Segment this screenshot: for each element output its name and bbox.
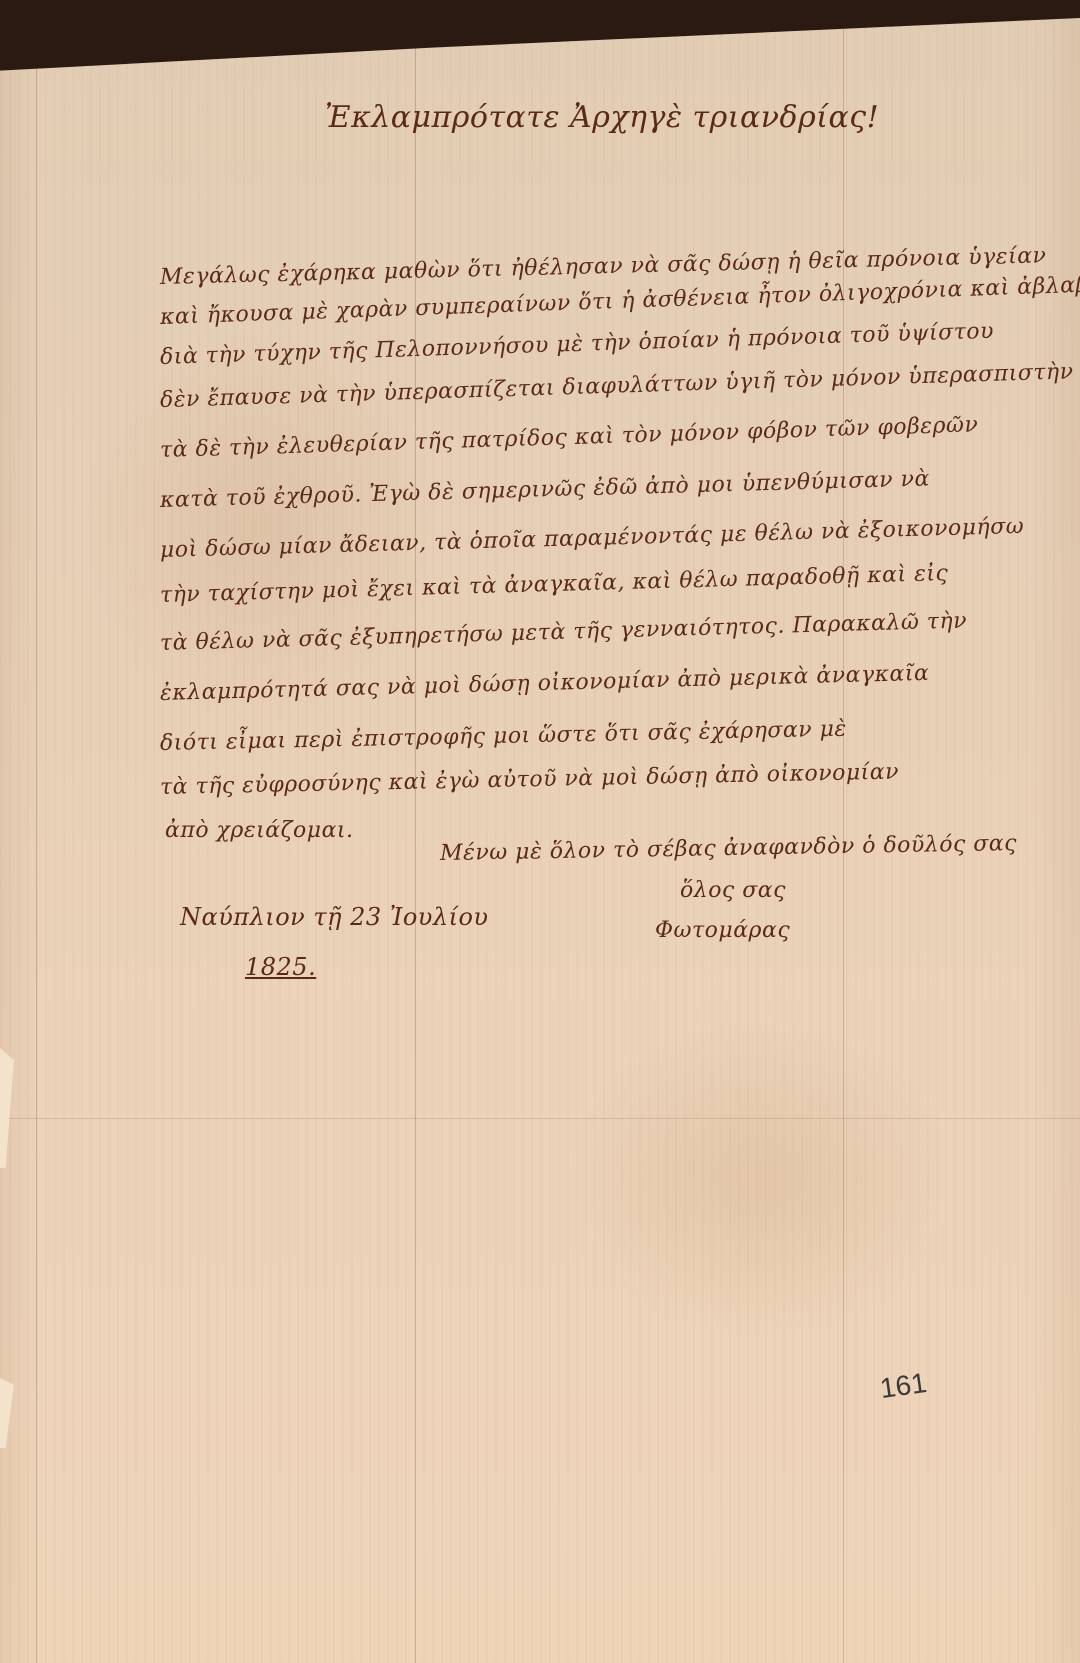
place-and-date: Ναύπλιον τῇ 23 Ἰουλίου [180,903,489,931]
letter-closing-2: ὅλος σας [680,878,786,903]
torn-edge [0,1378,14,1448]
archive-page-number: 161 [878,1367,929,1405]
paper-stain [560,1018,960,1338]
letter-signature: Φωτομάρας [655,918,790,943]
fold-line [36,18,37,1663]
letter-body-line: ἀπὸ χρειάζομαι. [165,818,354,843]
letter-salutation: Ἐκλαμπρότατε Ἀρχηγὲ τριανδρίας! [325,100,879,135]
letter-closing: Μένω μὲ ὅλον τὸ σέβας ἀναφανδὸν ὁ δοῦλός… [440,831,1017,866]
letter-body-line: τὰ τῆς εὐφροσύνης καὶ ἐγὼ αὐτοῦ νὰ μοὶ δ… [160,760,900,800]
torn-edge [0,1048,14,1168]
letter-year: 1825. [245,953,316,981]
manuscript-page: Ἐκλαμπρότατε Ἀρχηγὲ τριανδρίας! Μεγάλως … [0,18,1080,1663]
